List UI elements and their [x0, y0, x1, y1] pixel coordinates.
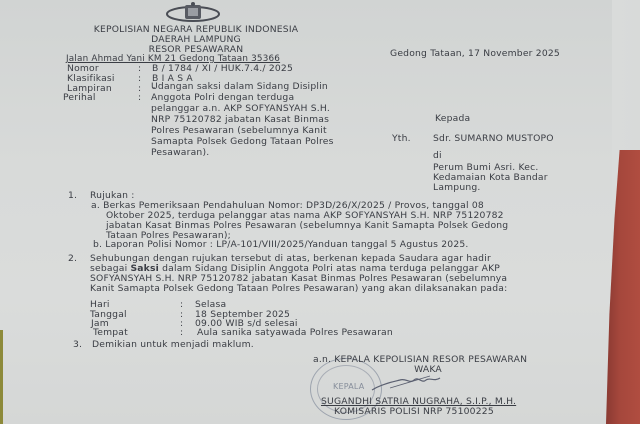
- di-label: di: [433, 150, 442, 161]
- p1-number: 1.: [68, 190, 77, 201]
- p3-number: 3.: [73, 339, 82, 350]
- kepada-label: Kepada: [435, 113, 470, 124]
- perihal-line: NRP 75120782 jabatan Kasat Binmas: [151, 114, 329, 125]
- stamp-text: KEPALA: [333, 381, 364, 392]
- perihal-line: Pesawaran).: [151, 147, 209, 158]
- perihal-label: Perihal: [63, 92, 96, 103]
- yth-label: Yth.: [392, 133, 411, 144]
- schedule-value: Aula sanika satyawada Polres Pesawaran: [197, 327, 393, 338]
- perihal-line: Samapta Polsek Gedong Tataan Polres: [151, 136, 334, 147]
- p2-number: 2.: [68, 253, 77, 264]
- police-crest-icon: [163, 2, 223, 22]
- signature-position: WAKA: [313, 364, 543, 375]
- recipient-address-3: Lampung.: [433, 182, 481, 193]
- signature-scribble-icon: [370, 372, 450, 394]
- recipient-name: Sdr. SUMARNO MUSTOPO: [433, 133, 554, 144]
- letter-date: Gedong Tataan, 17 November 2025: [390, 48, 560, 59]
- perihal-line: Polres Pesawaran (sebelumnya Kanit: [151, 125, 327, 136]
- p2-line: Kanit Samapta Polsek Gedong Tataan Polre…: [90, 283, 507, 294]
- perihal-line: Anggota Polri dengan terduga: [151, 92, 294, 103]
- perihal-sep: :: [138, 92, 141, 103]
- perihal-line: pelanggar a.n. AKP SOFYANSYAH S.H.: [151, 103, 330, 114]
- p3-text: Demikian untuk menjadi maklum.: [92, 339, 254, 350]
- perihal-line: Udangan saksi dalam Sidang Disiplin: [151, 81, 328, 92]
- schedule-sep: :: [180, 327, 183, 338]
- p1b-line: b. Laporan Polisi Nomor : LP/A-101/VIII/…: [93, 239, 469, 250]
- schedule-label: Tempat: [93, 327, 128, 338]
- paper-edge: [0, 330, 3, 424]
- signatory-rank: KOMISARIS POLISI NRP 75100225: [334, 406, 494, 417]
